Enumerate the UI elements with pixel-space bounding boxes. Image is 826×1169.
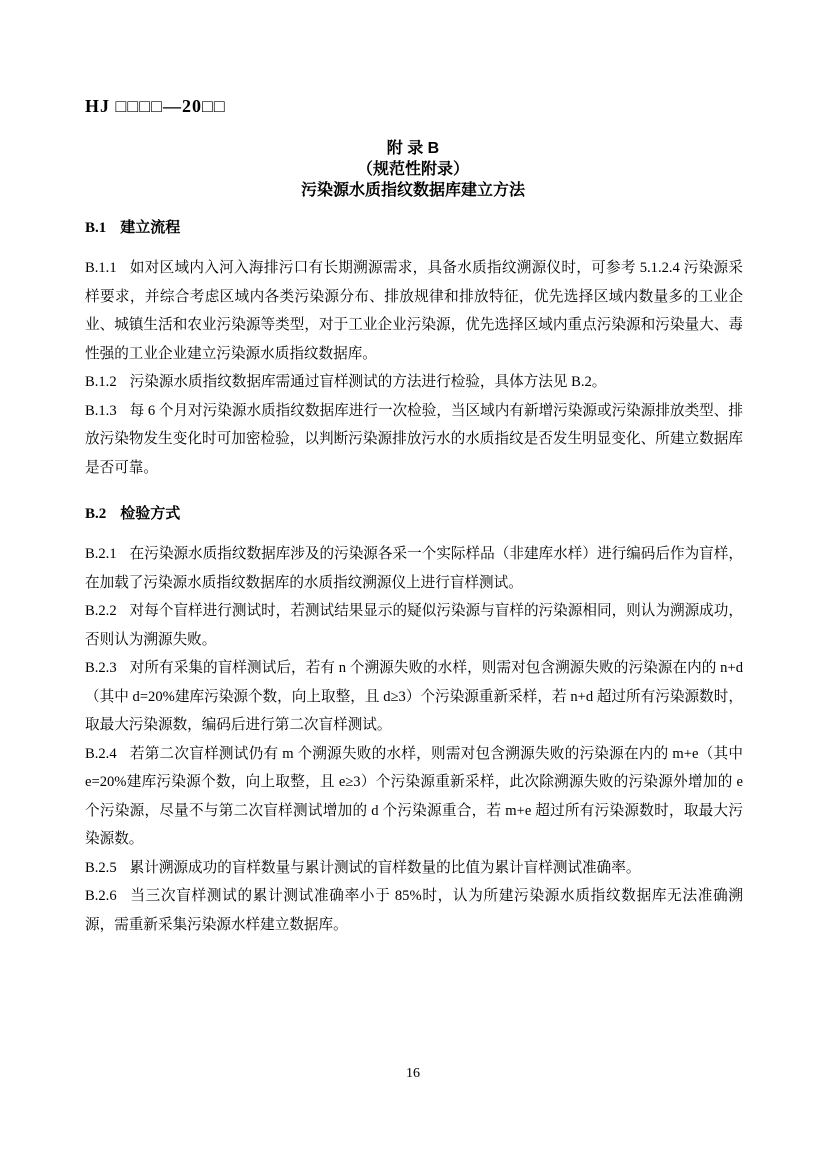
clause-b2-6: B.2.6当三次盲样测试的累计测试准确率小于 85%时，认为所建污染源水质指纹数… [85,882,743,939]
clause-b2-5: B.2.5累计溯源成功的盲样数量与累计测试的盲样数量的比值为累计盲样测试准确率。 [85,854,743,883]
section-b1-title: 建立流程 [120,219,180,236]
clause-b2-2-text: 对每个盲样进行测试时，若测试结果显示的疑似污染源与盲样的污染源相同，则认为溯源成… [85,603,743,648]
document-page: HJ □□□□—20□□ 附 录 B （规范性附录） 污染源水质指纹数据库建立方… [0,0,826,1169]
section-b1: B.1建立流程 B.1.1如对区域内入河入海排污口有长期溯源需求，具备水质指纹溯… [85,218,743,482]
clause-b2-1: B.2.1在污染源水质指纹数据库涉及的污染源各采一个实际样品（非建库水样）进行编… [85,540,743,597]
clause-b2-6-text: 当三次盲样测试的累计测试准确率小于 85%时，认为所建污染源水质指纹数据库无法准… [85,888,743,933]
appendix-title-block: 附 录 B （规范性附录） 污染源水质指纹数据库建立方法 [0,138,826,201]
clause-b2-3-number: B.2.3 [85,660,117,676]
section-b2-title: 检验方式 [120,505,180,522]
clause-b1-2: B.1.2污染源水质指纹数据库需通过盲样测试的方法进行检验，具体方法见 B.2。 [85,368,743,397]
clause-b2-5-number: B.2.5 [85,860,117,876]
section-b2-body: B.2.1在污染源水质指纹数据库涉及的污染源各采一个实际样品（非建库水样）进行编… [85,540,743,939]
clause-b1-3: B.1.3每 6 个月对污染源水质指纹数据库进行一次检验，当区域内有新增污染源或… [85,397,743,483]
clause-b2-1-text: 在污染源水质指纹数据库涉及的污染源各采一个实际样品（非建库水样）进行编码后作为盲… [85,546,743,591]
section-b2-heading: B.2检验方式 [85,504,743,524]
clause-b2-4: B.2.4若第二次盲样测试仍有 m 个溯源失败的水样，则需对包含溯源失败的污染源… [85,740,743,854]
appendix-name: 污染源水质指纹数据库建立方法 [0,180,826,201]
clause-b2-3: B.2.3对所有采集的盲样测试后，若有 n 个溯源失败的水样，则需对包含溯源失败… [85,654,743,740]
appendix-title: 附 录 B [0,138,826,159]
section-b1-body: B.1.1如对区域内入河入海排污口有长期溯源需求，具备水质指纹溯源仪时，可参考 … [85,254,743,482]
clause-b2-2: B.2.2对每个盲样进行测试时，若测试结果显示的疑似污染源与盲样的污染源相同，则… [85,597,743,654]
section-b1-heading: B.1建立流程 [85,218,743,238]
clause-b1-3-number: B.1.3 [85,403,117,419]
section-b2: B.2检验方式 B.2.1在污染源水质指纹数据库涉及的污染源各采一个实际样品（非… [85,504,743,939]
clause-b2-6-number: B.2.6 [85,888,117,904]
clause-b1-1-number: B.1.1 [85,260,117,276]
section-b2-number: B.2 [85,506,106,522]
document-body: B.1建立流程 B.1.1如对区域内入河入海排污口有长期溯源需求，具备水质指纹溯… [85,218,743,961]
clause-b2-4-text: 若第二次盲样测试仍有 m 个溯源失败的水样，则需对包含溯源失败的污染源在内的 m… [85,746,743,848]
clause-b2-2-number: B.2.2 [85,603,117,619]
clause-b2-3-text: 对所有采集的盲样测试后，若有 n 个溯源失败的水样，则需对包含溯源失败的污染源在… [85,660,743,733]
clause-b2-5-text: 累计溯源成功的盲样数量与累计测试的盲样数量的比值为累计盲样测试准确率。 [130,860,641,876]
clause-b1-3-text: 每 6 个月对污染源水质指纹数据库进行一次检验，当区域内有新增污染源或污染源排放… [85,403,743,476]
standard-number-header: HJ □□□□—20□□ [85,96,226,117]
appendix-subtitle: （规范性附录） [0,159,826,180]
clause-b1-1: B.1.1如对区域内入河入海排污口有长期溯源需求，具备水质指纹溯源仪时，可参考 … [85,254,743,368]
clause-b1-2-text: 污染源水质指纹数据库需通过盲样测试的方法进行检验，具体方法见 B.2。 [130,374,607,390]
section-b1-number: B.1 [85,220,106,236]
clause-b2-4-number: B.2.4 [85,746,117,762]
clause-b1-1-text: 如对区域内入河入海排污口有长期溯源需求，具备水质指纹溯源仪时，可参考 5.1.2… [85,260,743,362]
page-number: 16 [0,1066,826,1082]
clause-b2-1-number: B.2.1 [85,546,117,562]
clause-b1-2-number: B.1.2 [85,374,117,390]
